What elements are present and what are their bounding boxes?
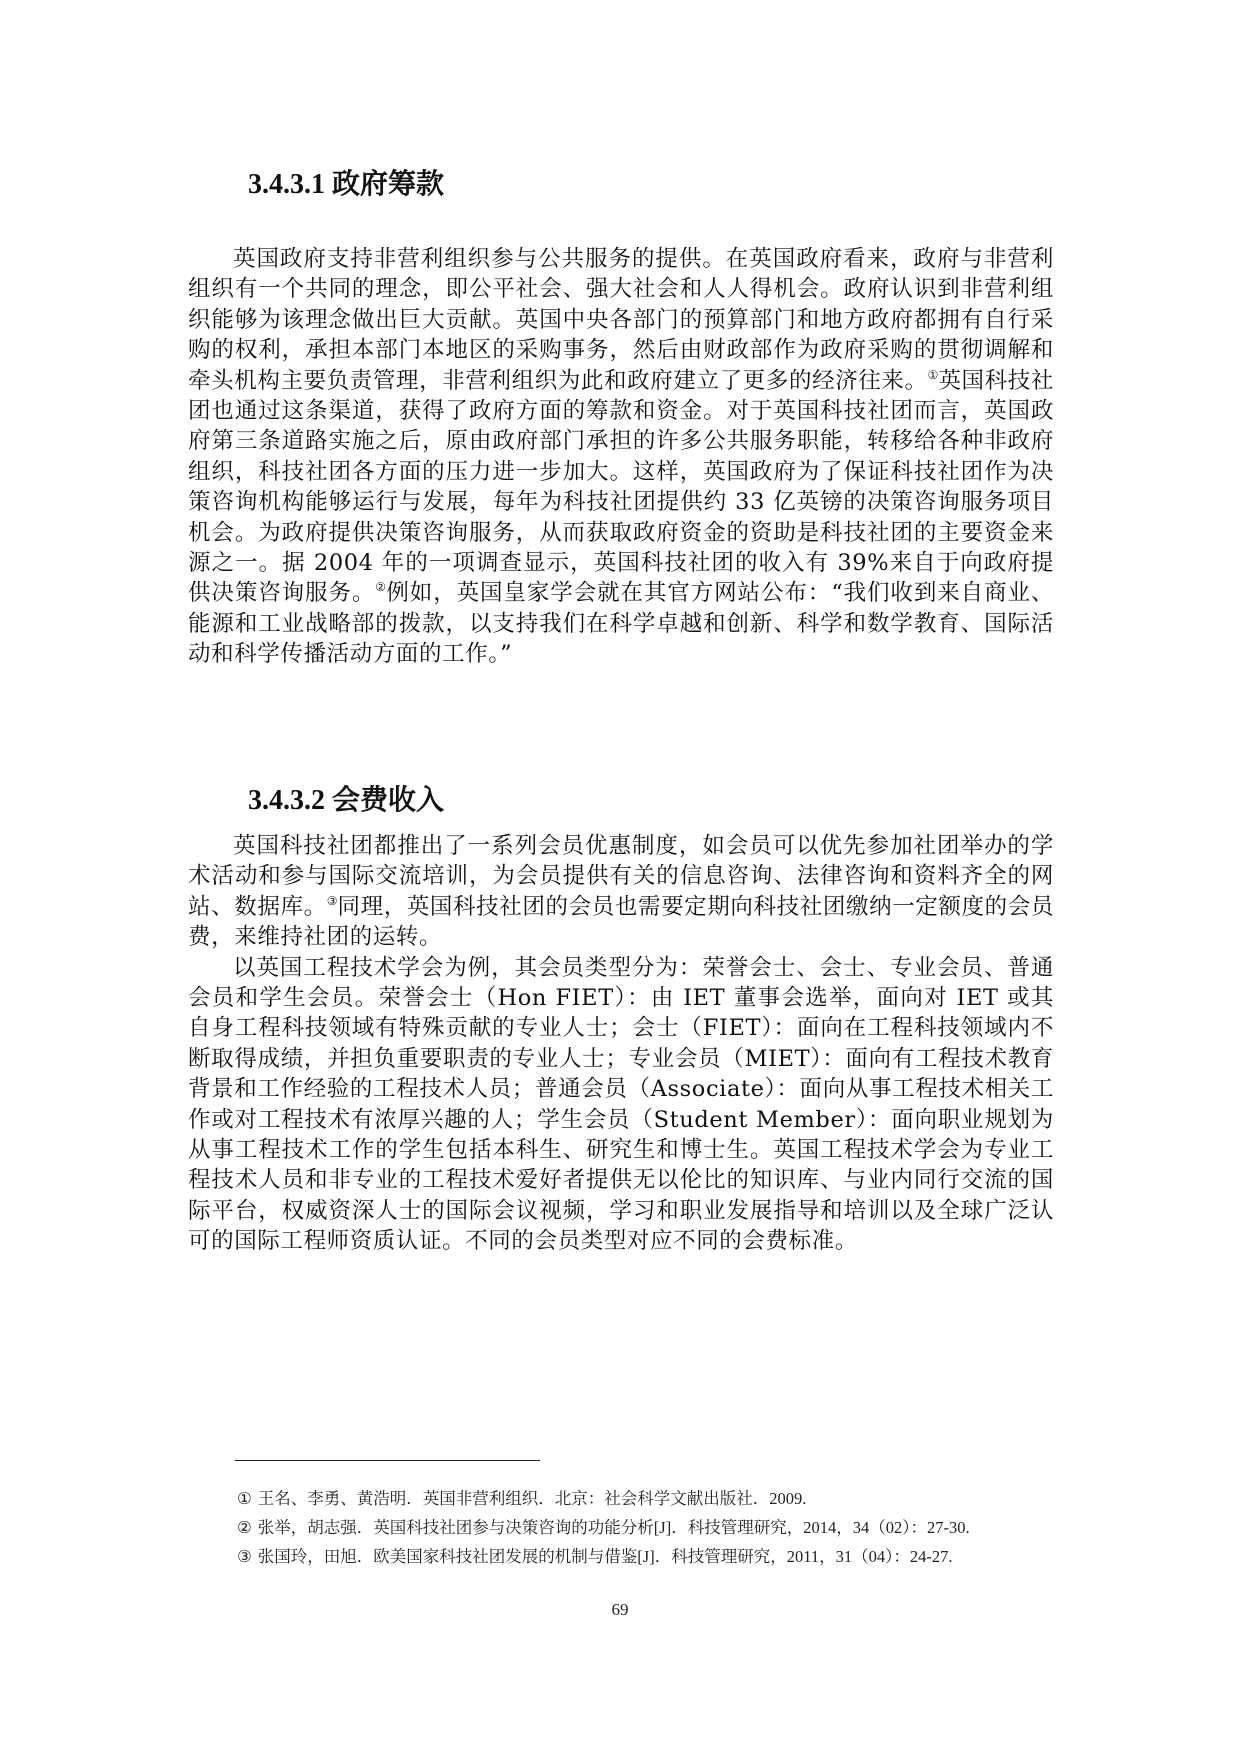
footnote-number: ③ [237,1547,252,1566]
footnote-text: 王名、李勇、黄浩明．英国非营利组织．北京：社会科学文献出版社．2009. [258,1489,807,1508]
section-body-government-funding: 英国政府支持非营利组织参与公共服务的提供。在英国政府看来，政府与非营利组织有一个… [188,244,1054,670]
document-page: 3.4.3.1 政府筹款 英国政府支持非营利组织参与公共服务的提供。在英国政府看… [0,0,1240,1753]
footnote-marker[interactable]: ② [375,580,386,594]
footnote-text: 张举，胡志强．英国科技社团参与决策咨询的功能分析[J]．科技管理研究，2014，… [258,1518,970,1537]
paragraph-text: 以英国工程技术学会为例，其会员类型分为：荣誉会士、会士、专业会员、普通会员和学生… [188,955,1054,1255]
footnote-marker[interactable]: ① [928,368,939,382]
footnote-text: 张国玲，田旭．欧美国家科技社团发展的机制与借鉴[J]．科技管理研究，2011，3… [258,1547,953,1566]
footnote-number: ② [237,1518,252,1537]
section-heading-government-funding: 3.4.3.1 政府筹款 [248,162,444,202]
paragraph: 英国科技社团都推出了一系列会员优惠制度，如会员可以优先参加社团举办的学术活动和参… [188,831,1054,953]
page-number: 69 [0,1600,1240,1620]
footnote-divider [235,1460,540,1461]
paragraph: 英国政府支持非营利组织参与公共服务的提供。在英国政府看来，政府与非营利组织有一个… [188,244,1054,670]
footnote-marker[interactable]: ③ [327,894,338,908]
footnotes: ①王名、李勇、黄浩明．英国非营利组织．北京：社会科学文献出版社．2009. ②张… [237,1484,1059,1571]
section-body-membership-fees: 英国科技社团都推出了一系列会员优惠制度，如会员可以优先参加社团举办的学术活动和参… [188,831,1054,1257]
footnote-item: ②张举，胡志强．英国科技社团参与决策咨询的功能分析[J]．科技管理研究，2014… [237,1513,1059,1542]
paragraph-text: 英国科技社团也通过这条渠道，获得了政府方面的筹款和资金。对于英国科技社团而言，英… [188,368,1054,607]
paragraph-text: 英国政府支持非营利组织参与公共服务的提供。在英国政府看来，政府与非营利组织有一个… [188,246,1054,394]
section-heading-membership-fees: 3.4.3.2 会费收入 [248,778,444,818]
paragraph: 以英国工程技术学会为例，其会员类型分为：荣誉会士、会士、专业会员、普通会员和学生… [188,953,1054,1257]
footnote-item: ③张国玲，田旭．欧美国家科技社团发展的机制与借鉴[J]．科技管理研究，2011，… [237,1542,1059,1571]
footnote-number: ① [237,1489,252,1508]
footnote-item: ①王名、李勇、黄浩明．英国非营利组织．北京：社会科学文献出版社．2009. [237,1484,1059,1513]
